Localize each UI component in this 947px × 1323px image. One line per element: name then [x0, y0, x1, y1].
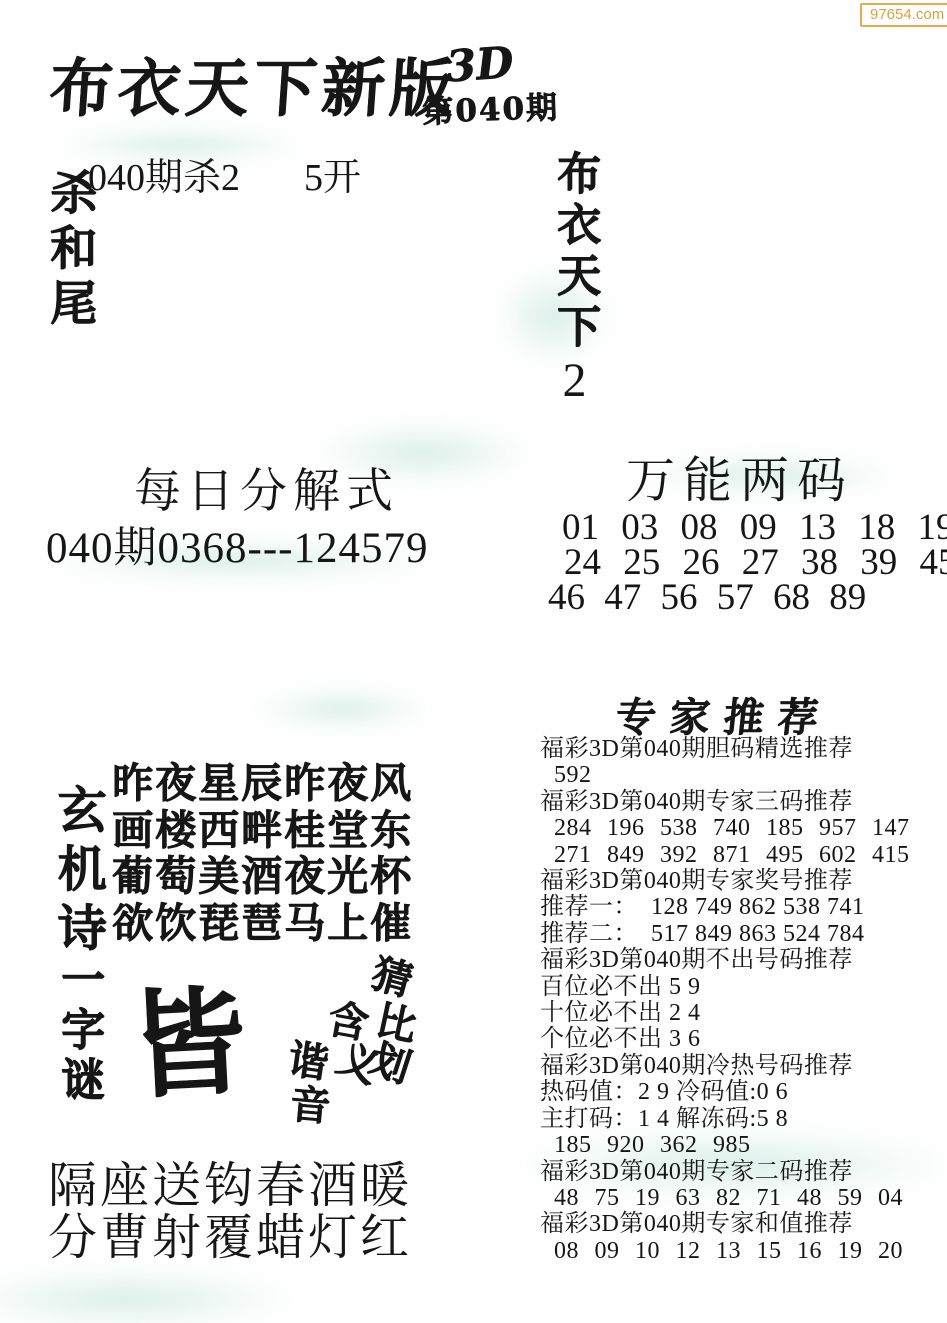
- poem-line: 画楼西畔桂堂东: [112, 807, 413, 854]
- mystery-poem-title: 玄机诗: [44, 784, 114, 984]
- expert-line: 个位必不出 3 6: [540, 1026, 944, 1052]
- expert-line: 热码值：2 9 冷码值:0 6: [540, 1079, 944, 1105]
- expert-line: 592: [540, 762, 944, 788]
- expert-line: 08 09 10 12 13 15 16 19 20: [540, 1238, 944, 1264]
- kill-number-right: 5开: [304, 157, 361, 199]
- brand-name: 布衣天下: [549, 150, 600, 354]
- expert-line: 推荐一： 128 749 862 538 741: [540, 894, 944, 920]
- watermark-link[interactable]: 97654.com: [860, 3, 947, 27]
- expert-recommendation-list: 福彩3D第040期胆码精选推荐 592 福彩3D第040期专家三码推荐 284 …: [540, 736, 944, 1264]
- expert-line: 48 75 19 63 82 71 48 59 04: [540, 1185, 944, 1211]
- expert-line: 185 920 362 985: [540, 1132, 944, 1158]
- expert-line: 271 849 392 871 495 602 415: [540, 842, 944, 868]
- expert-recommendation-title: 专家推荐: [613, 686, 835, 743]
- kill-number-left: 040期杀2: [88, 157, 240, 199]
- poem-line: 葡萄美酒夜光杯: [112, 853, 413, 900]
- expert-line: 百位必不出 5 9: [540, 974, 944, 1000]
- poem-line: 昨夜星辰昨夜风: [112, 760, 413, 807]
- issue-number: 第040期: [421, 82, 559, 132]
- mystery-poem: 昨夜星辰昨夜风 画楼西畔桂堂东 葡萄美酒夜光杯 欲饮琵琶马上催: [112, 760, 413, 946]
- expert-line: 福彩3D第040期不出号码推荐: [540, 947, 944, 973]
- background-smudge: [0, 1268, 290, 1323]
- brand-number: 2: [548, 354, 601, 414]
- riddle-hint-char: 音: [288, 1084, 331, 1127]
- lottery-sheet: 97654.com 布衣天下新版 3D 第040期 040期杀25开 杀和尾 布…: [0, 0, 947, 1323]
- expert-line: 福彩3D第040期专家二码推荐: [540, 1159, 944, 1185]
- bottom-couplet: 隔座送钩春酒暖 分曹射覆蜡灯红: [48, 1160, 412, 1264]
- poem-line: 欲饮琵琶马上催: [112, 900, 413, 947]
- expert-line: 推荐二： 517 849 863 524 784: [540, 921, 944, 947]
- riddle-hint-char: 谐: [285, 1039, 330, 1084]
- expert-line: 福彩3D第040期专家奖号推荐: [540, 868, 944, 894]
- couplet-line: 分曹射覆蜡灯红: [48, 1212, 412, 1264]
- kill-sum-tail-label: 杀和尾: [36, 168, 103, 388]
- char-riddle-title: 一字谜: [46, 956, 110, 1136]
- brand-vertical-label: 布衣天下2: [542, 150, 606, 420]
- char-riddle-answer: 皆: [127, 983, 249, 1105]
- couplet-line: 隔座送钩春酒暖: [48, 1160, 412, 1212]
- expert-line: 福彩3D第040期专家和值推荐: [540, 1211, 944, 1237]
- expert-line: 福彩3D第040期专家三码推荐: [540, 789, 944, 815]
- universal-two-codes-row: 46 47 56 57 68 89: [548, 576, 866, 619]
- page-title: 布衣天下新版: [47, 38, 461, 129]
- expert-line: 十位必不出 2 4: [540, 1000, 944, 1026]
- kill-number-line: 040期杀25开: [88, 146, 361, 201]
- expert-line: 284 196 538 740 185 957 147: [540, 815, 944, 841]
- daily-breakdown-formula: 040期0368---124579: [46, 514, 428, 575]
- riddle-hint-char: 猜: [368, 954, 417, 1003]
- expert-line: 福彩3D第040期冷热号码推荐: [540, 1053, 944, 1079]
- daily-breakdown-title: 每日分解式: [134, 454, 399, 521]
- background-smudge: [258, 688, 428, 730]
- expert-line: 主打码：1 4 解冻码:5 8: [540, 1106, 944, 1132]
- expert-line: 福彩3D第040期胆码精选推荐: [540, 736, 944, 762]
- universal-two-codes-title: 万能两码: [626, 442, 854, 512]
